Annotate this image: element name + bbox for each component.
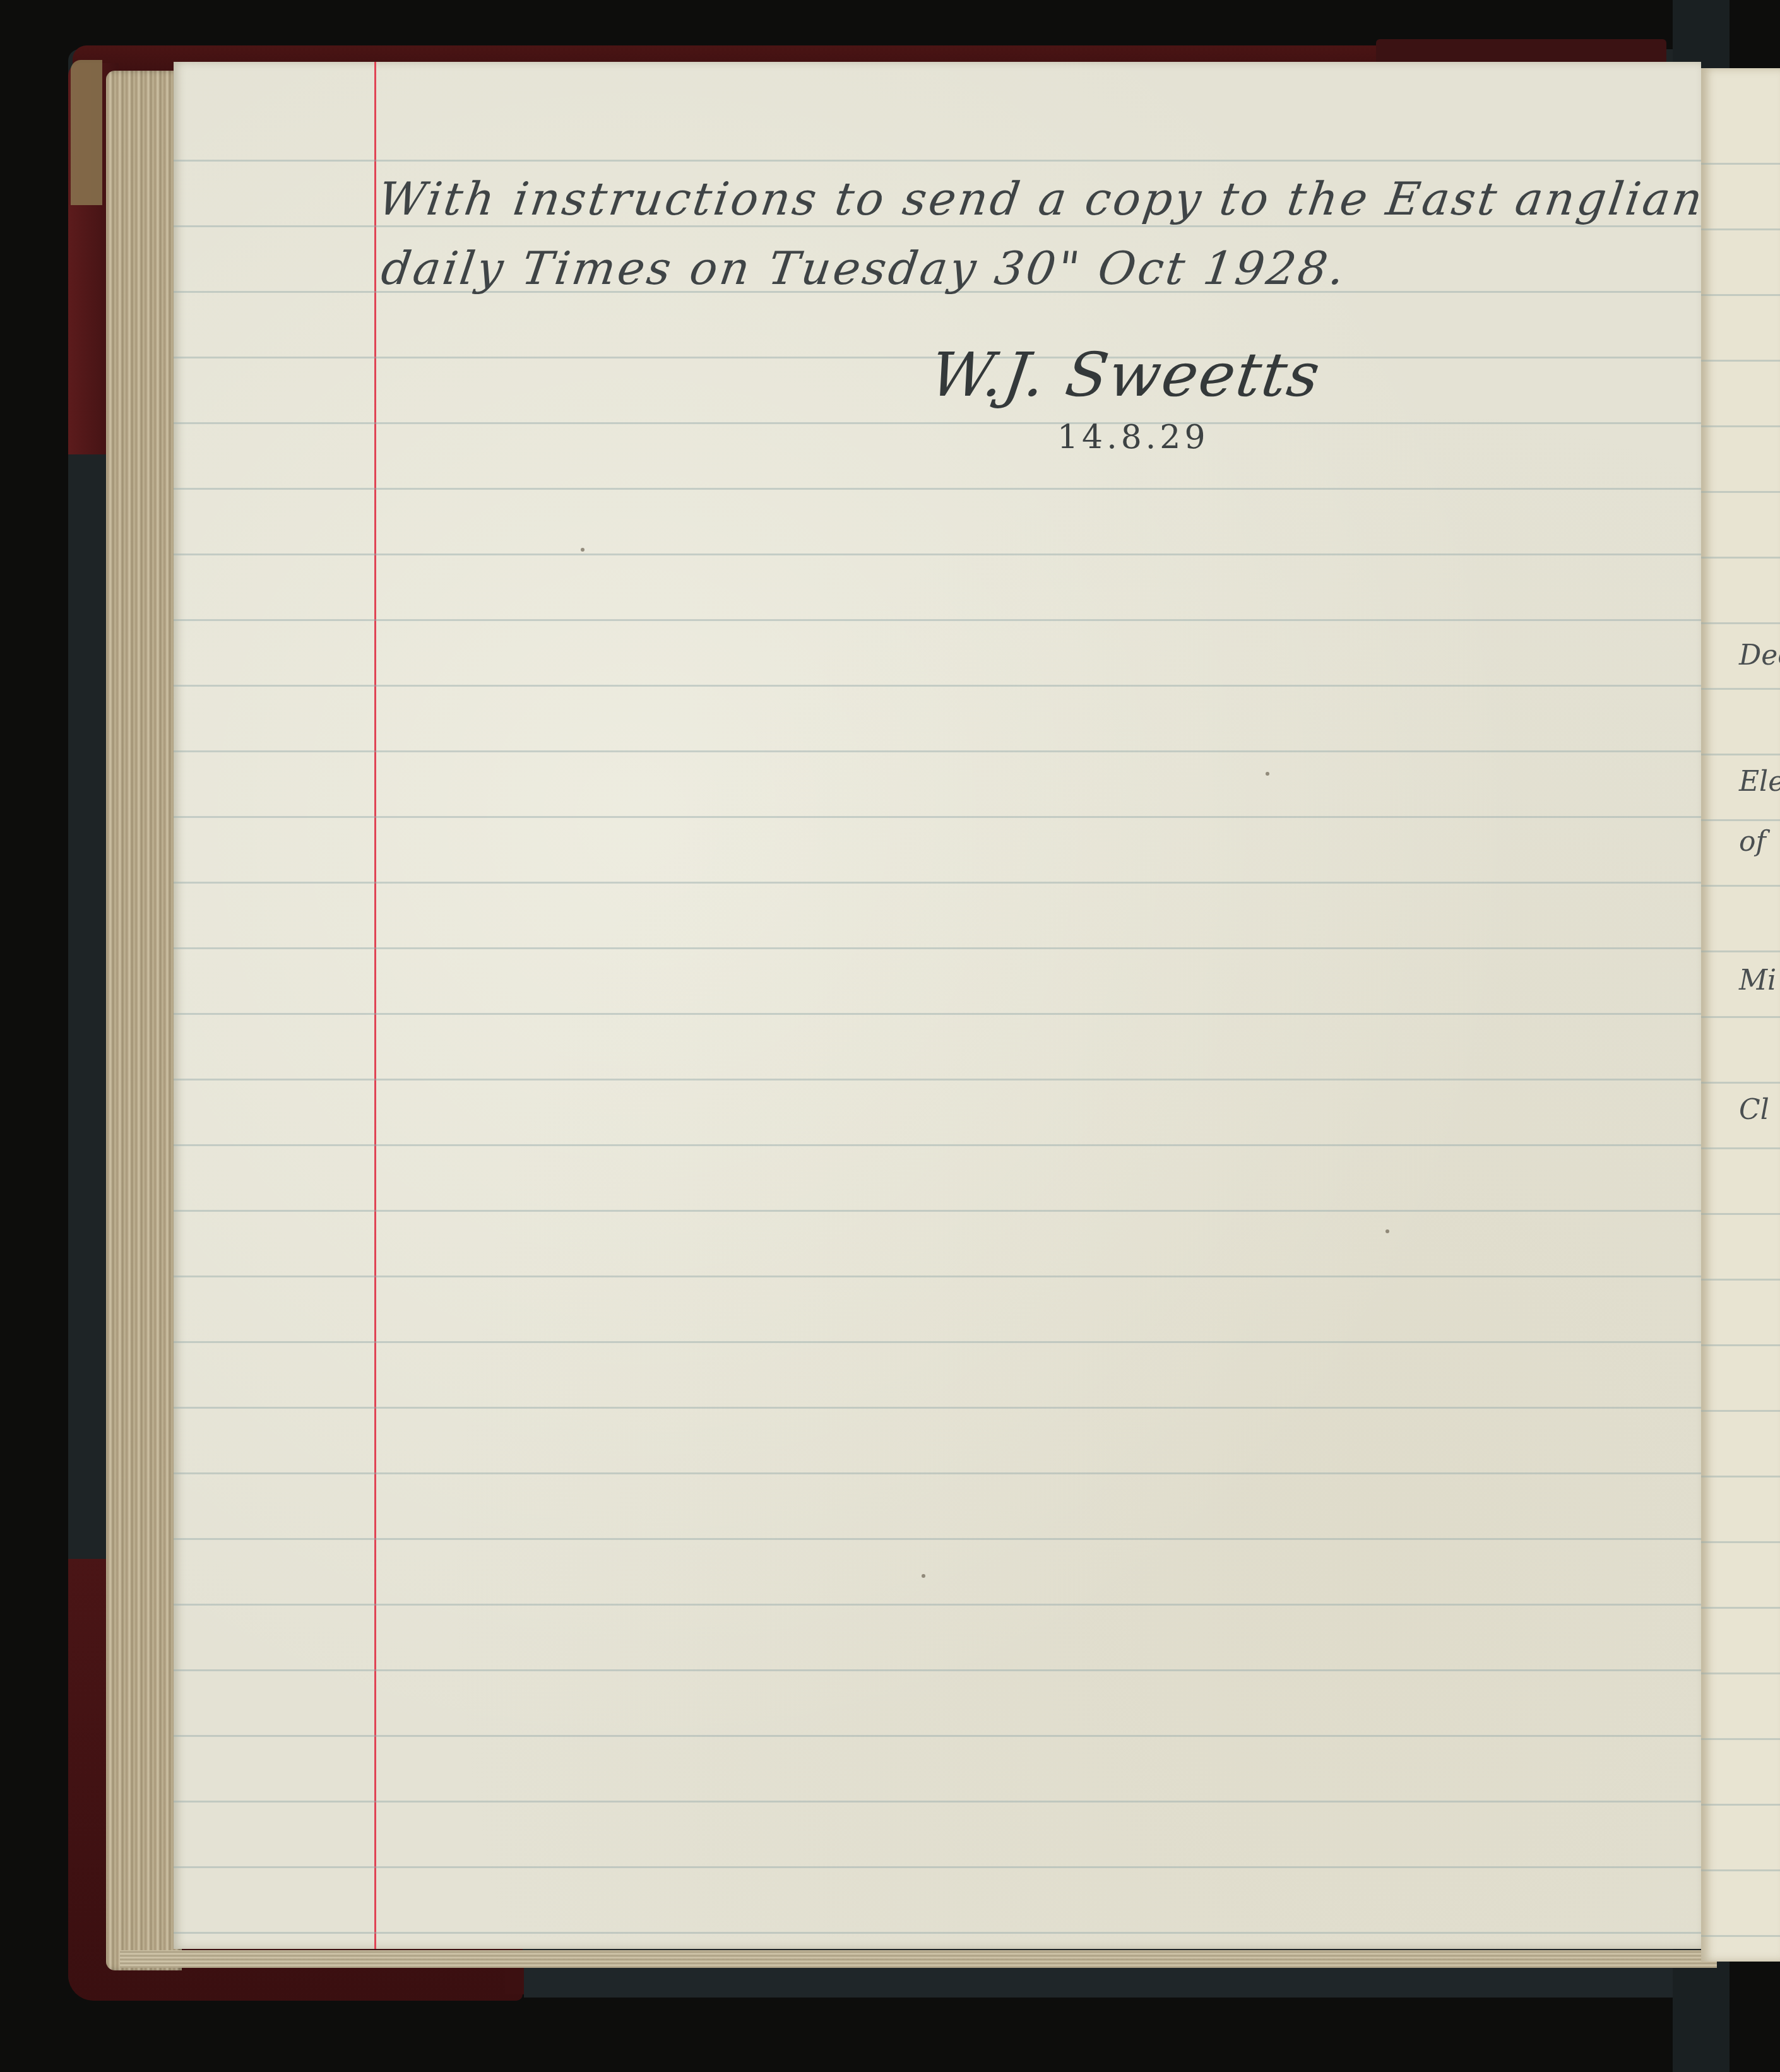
ruled-line: [1701, 622, 1780, 624]
ruled-line: [1701, 754, 1780, 755]
ruled-line: [1701, 819, 1780, 821]
facing-fragment-3: of: [1739, 826, 1766, 858]
ruled-line: [1701, 1607, 1780, 1609]
ruled-line: [1701, 1279, 1780, 1281]
ruled-line: [1701, 1738, 1780, 1740]
ruled-line: [174, 422, 1701, 424]
ruled-line: [174, 488, 1701, 490]
cover-leather-top-right: [1376, 39, 1666, 64]
ruled-line: [174, 1079, 1701, 1080]
ruled-line: [1701, 1935, 1780, 1937]
ruled-line: [1701, 1541, 1780, 1543]
ruled-line: [174, 882, 1701, 884]
page-edges: [106, 71, 182, 1970]
ruled-line: [1701, 1672, 1780, 1674]
ruled-line: [1701, 557, 1780, 559]
ruled-line: [1701, 425, 1780, 427]
ruled-line: [1701, 491, 1780, 493]
ruled-line: [174, 1801, 1701, 1803]
ruled-line: [174, 1407, 1701, 1409]
ruled-line: [174, 1276, 1701, 1277]
handwritten-line-2: daily Times on Tuesday 30" Oct 1928.: [378, 242, 1350, 295]
paper-speck: [1266, 772, 1269, 776]
ruled-line: [1701, 1082, 1780, 1084]
ruled-line: [174, 1932, 1701, 1934]
handwritten-line-1: With instructions to send a copy to the …: [375, 172, 1708, 225]
paper-speck: [1385, 1229, 1389, 1233]
ruled-line: [174, 160, 1701, 162]
ruled-line: [174, 1341, 1701, 1343]
facing-fragment-4: Mi: [1739, 964, 1776, 997]
paper-speck: [922, 1574, 925, 1578]
ruled-line: [1701, 1147, 1780, 1149]
ruled-line: [174, 1735, 1701, 1737]
ruled-line: [1701, 885, 1780, 887]
page-edges-bottom: [120, 1950, 1717, 1968]
ruled-line: [174, 685, 1701, 687]
facing-fragment-5: Cl: [1739, 1094, 1769, 1126]
signature-date: 14.8.29: [1057, 418, 1209, 456]
ruled-line: [174, 1538, 1701, 1540]
facing-page: Dec Elec of Mi Cl: [1701, 68, 1780, 1962]
signature: W.J. Sweetts: [926, 340, 1325, 410]
ruled-line: [1701, 950, 1780, 952]
ruled-line: [174, 554, 1701, 555]
ruled-line: [1701, 1476, 1780, 1477]
ruled-line: [174, 1013, 1701, 1015]
ruled-line: [1701, 1869, 1780, 1871]
ruled-line: [174, 1866, 1701, 1868]
ruled-line: [174, 619, 1701, 621]
ruled-line: [1701, 294, 1780, 296]
ruled-line: [1701, 228, 1780, 230]
ruled-line: [1701, 688, 1780, 690]
facing-fragment-2: Elec: [1739, 766, 1780, 798]
ruled-line: [1701, 1016, 1780, 1018]
cover-cloth-bottom: [524, 1963, 1723, 1998]
ruled-line: [1701, 1213, 1780, 1215]
ruled-line: [1701, 1344, 1780, 1346]
ruled-line: [1701, 1804, 1780, 1806]
ruled-line: [174, 1669, 1701, 1671]
ruled-line: [1701, 163, 1780, 165]
red-margin-line: [374, 62, 376, 1949]
ruled-line: [174, 1210, 1701, 1212]
ruled-line: [174, 816, 1701, 818]
ruled-line: [174, 1472, 1701, 1474]
facing-fragment-1: Dec: [1739, 639, 1780, 672]
ruled-line: [174, 750, 1701, 752]
ledger-page: With instructions to send a copy to the …: [174, 62, 1701, 1949]
cover-worn-corner: [71, 60, 102, 205]
ruled-line: [174, 225, 1701, 227]
ruled-line: [174, 1144, 1701, 1146]
ruled-line: [174, 1604, 1701, 1606]
ruled-line: [174, 947, 1701, 949]
paper-speck: [581, 548, 584, 552]
ruled-line: [1701, 1410, 1780, 1412]
ruled-line: [1701, 360, 1780, 362]
